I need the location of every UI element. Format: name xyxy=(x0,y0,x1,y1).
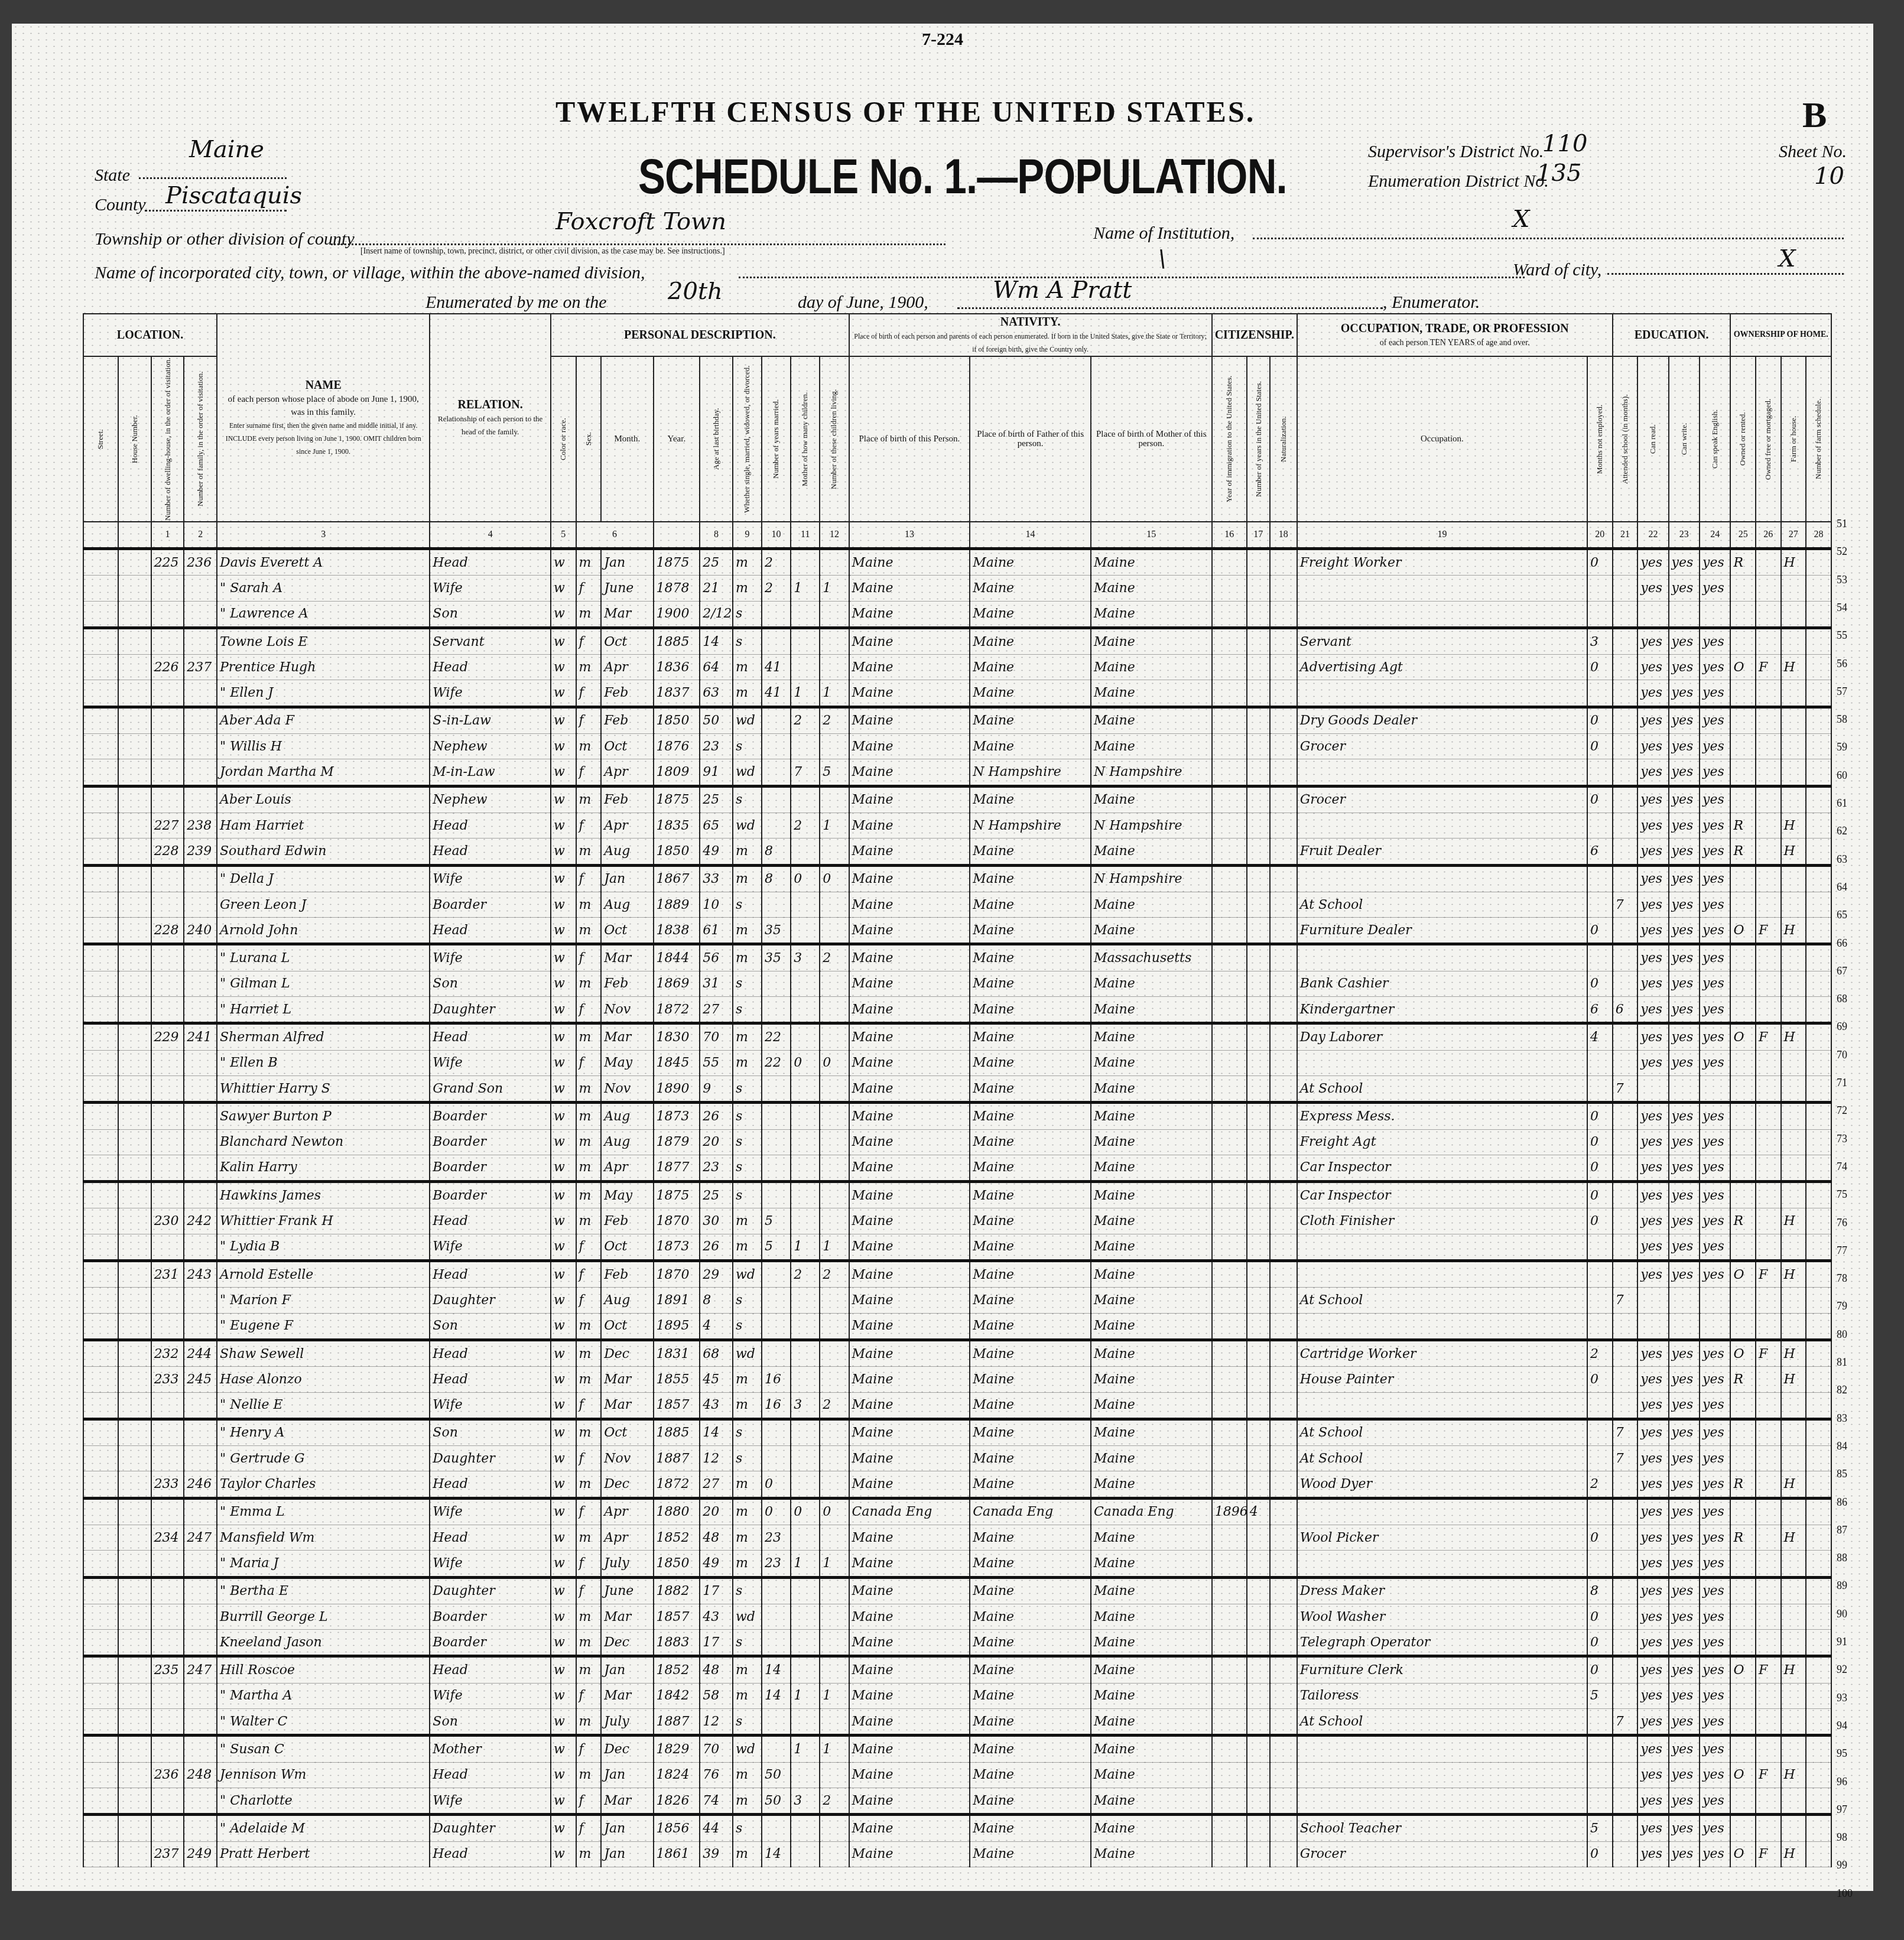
cell-ym: 23 xyxy=(762,1551,791,1577)
cell-fam xyxy=(184,1788,217,1814)
cell-own: O xyxy=(1730,1656,1756,1683)
cell-eng: yes xyxy=(1700,1419,1730,1445)
cell-read: yes xyxy=(1637,839,1668,865)
cell-bm: Maine xyxy=(1091,1683,1212,1708)
cell-farm: H xyxy=(1781,839,1806,865)
cell-rel: Head xyxy=(430,1208,551,1234)
cell-bp: Maine xyxy=(849,1103,970,1129)
cell-sex: f xyxy=(576,1498,602,1525)
cell-read: yes xyxy=(1637,1683,1668,1708)
line-number: 66 xyxy=(1837,937,1847,950)
cell-ym xyxy=(762,813,791,838)
cell-sex: m xyxy=(576,918,602,944)
cell-farm xyxy=(1781,601,1806,628)
cell-occ xyxy=(1297,944,1587,971)
cell-color: w xyxy=(551,1129,576,1155)
cell-rel: Head xyxy=(430,549,551,576)
cell-mar: s xyxy=(733,1313,762,1340)
cell-imm xyxy=(1212,1630,1247,1656)
cell-rel: Wife xyxy=(430,680,551,707)
cell-color: w xyxy=(551,892,576,917)
cell-sex: m xyxy=(576,1340,602,1366)
cell-month: Apr xyxy=(601,1498,653,1525)
cell-occ: Advertising Agt xyxy=(1297,655,1587,680)
cell-year: 1856 xyxy=(654,1815,700,1841)
cell-age: 50 xyxy=(700,707,733,733)
cell-write: yes xyxy=(1669,892,1700,917)
cell-empty xyxy=(118,707,151,733)
cell-yus xyxy=(1247,1103,1270,1129)
cell-sex: f xyxy=(576,1551,602,1577)
dwelling-col: Number of dwelling-house, in the order o… xyxy=(151,356,184,522)
cell-ym: 41 xyxy=(762,655,791,680)
children-living-col: Number of these children living. xyxy=(820,356,849,522)
cell-cl: 1 xyxy=(820,813,849,838)
cell-own: O xyxy=(1730,655,1756,680)
cell-rel: Boarder xyxy=(430,1630,551,1656)
cell-year: 1829 xyxy=(654,1736,700,1762)
cell-own: R xyxy=(1730,1525,1756,1550)
cell-fs xyxy=(1806,1498,1831,1525)
cell-nat xyxy=(1270,1683,1297,1708)
cell-imm xyxy=(1212,1551,1247,1577)
cell-cl: 2 xyxy=(820,707,849,733)
age-col: Age at last birthday. xyxy=(700,356,733,522)
cell-write: yes xyxy=(1669,1736,1700,1762)
cell-imm xyxy=(1212,601,1247,628)
cell-read: yes xyxy=(1637,1419,1668,1445)
cell-read: yes xyxy=(1637,944,1668,971)
table-row: 234247Mansfield WmHeadwmApr185248m23Main… xyxy=(83,1525,1831,1550)
cell-free xyxy=(1756,576,1781,601)
cell-farm xyxy=(1781,759,1806,786)
cell-own: R xyxy=(1730,813,1756,838)
cell-sch xyxy=(1613,1023,1638,1050)
cell-age: 43 xyxy=(700,1392,733,1419)
cell-empty xyxy=(118,865,151,892)
cell-sch xyxy=(1613,1182,1638,1208)
cell-empty xyxy=(118,628,151,654)
cell-year: 1850 xyxy=(654,839,700,865)
cell-sch xyxy=(1613,1392,1638,1419)
cell-year: 1882 xyxy=(654,1577,700,1604)
cell-eng: yes xyxy=(1700,1392,1730,1419)
cell-bp: Canada Eng xyxy=(849,1498,970,1525)
cell-mar: s xyxy=(733,1709,762,1736)
cell-read: yes xyxy=(1637,576,1668,601)
cell-bp: Maine xyxy=(849,601,970,628)
cell-empty xyxy=(83,1498,118,1525)
cell-occ: Car Inspector xyxy=(1297,1182,1587,1208)
cell-dw: 233 xyxy=(151,1367,184,1392)
cell-fs xyxy=(1806,1630,1831,1656)
cell-cl: 2 xyxy=(820,1788,849,1814)
cell-name: " Harriet L xyxy=(217,997,430,1023)
line-number: 63 xyxy=(1837,853,1847,866)
cell-dw xyxy=(151,1736,184,1762)
cell-dw xyxy=(151,1075,184,1102)
cell-mar: s xyxy=(733,1577,762,1604)
cell-cl xyxy=(820,1815,849,1841)
cell-year: 1890 xyxy=(654,1075,700,1102)
enumerator-line xyxy=(957,307,1383,309)
cell-color: w xyxy=(551,1762,576,1788)
cell-color: w xyxy=(551,786,576,813)
cell-bf: Maine xyxy=(970,1155,1091,1181)
cell-empty xyxy=(83,1577,118,1604)
cell-name: " Ellen J xyxy=(217,680,430,707)
cell-mu: 5 xyxy=(1587,1683,1613,1708)
cell-read: yes xyxy=(1637,918,1668,944)
cell-bf: Maine xyxy=(970,1023,1091,1050)
cell-occ xyxy=(1297,1050,1587,1075)
column-number: 28 xyxy=(1806,522,1831,549)
cell-mu: 0 xyxy=(1587,1656,1613,1683)
cell-imm xyxy=(1212,1709,1247,1736)
cell-ym: 14 xyxy=(762,1683,791,1708)
cell-bm: Maine xyxy=(1091,1815,1212,1841)
cell-month: Jan xyxy=(601,1841,653,1867)
cell-empty xyxy=(118,1815,151,1841)
cell-write xyxy=(1669,601,1700,628)
cell-fam: 244 xyxy=(184,1340,217,1366)
cell-write: yes xyxy=(1669,576,1700,601)
cell-farm xyxy=(1781,1050,1806,1075)
township-label: Township or other division of county xyxy=(95,229,355,249)
line-number: 79 xyxy=(1837,1300,1847,1312)
cell-bf: Maine xyxy=(970,1551,1091,1577)
cell-mar: m xyxy=(733,1841,762,1867)
cell-sex: m xyxy=(576,971,602,996)
color-col: Color or race. xyxy=(551,356,576,522)
cell-rel: M-in-Law xyxy=(430,759,551,786)
cell-sch xyxy=(1613,1129,1638,1155)
cell-month: Mar xyxy=(601,944,653,971)
cell-ym xyxy=(762,1075,791,1102)
cell-name: Towne Lois E xyxy=(217,628,430,654)
cell-mar: m xyxy=(733,1498,762,1525)
cell-sex: m xyxy=(576,601,602,628)
table-row: Blanchard NewtonBoarderwmAug187920sMaine… xyxy=(83,1129,1831,1155)
cell-eng: yes xyxy=(1700,1129,1730,1155)
cell-imm xyxy=(1212,971,1247,996)
cell-month: May xyxy=(601,1182,653,1208)
cell-fs xyxy=(1806,1288,1831,1313)
cell-occ: Fruit Dealer xyxy=(1297,839,1587,865)
cell-empty xyxy=(118,1577,151,1604)
table-row: " Maria JWifewfJuly185049m2311MaineMaine… xyxy=(83,1551,1831,1577)
cell-occ xyxy=(1297,576,1587,601)
form-number: 7-224 xyxy=(922,30,963,50)
cell-age: 25 xyxy=(700,549,733,576)
cell-year: 1895 xyxy=(654,1313,700,1340)
cell-bf: Maine xyxy=(970,1656,1091,1683)
cell-empty xyxy=(118,549,151,576)
cell-bp: Maine xyxy=(849,1392,970,1419)
cell-farm xyxy=(1781,1103,1806,1129)
cell-mar: m xyxy=(733,865,762,892)
occupation-col: Occupation. xyxy=(1297,356,1587,522)
cell-month: Apr xyxy=(601,1155,653,1181)
cell-bm: Maine xyxy=(1091,549,1212,576)
cell-rel: Head xyxy=(430,918,551,944)
column-number: 6 xyxy=(576,522,654,549)
cell-imm xyxy=(1212,813,1247,838)
cell-ym: 8 xyxy=(762,839,791,865)
cell-imm xyxy=(1212,1841,1247,1867)
line-number: 52 xyxy=(1837,545,1847,558)
census-table: LOCATION. NAMEof each person whose place… xyxy=(83,313,1832,1867)
cell-month: July xyxy=(601,1709,653,1736)
cell-year: 1891 xyxy=(654,1288,700,1313)
cell-year: 1883 xyxy=(654,1630,700,1656)
cell-fam: 245 xyxy=(184,1367,217,1392)
cell-dw: 233 xyxy=(151,1471,184,1498)
cell-empty xyxy=(83,1630,118,1656)
cell-month: May xyxy=(601,1050,653,1075)
cell-month: Mar xyxy=(601,1788,653,1814)
cell-occ: Furniture Clerk xyxy=(1297,1656,1587,1683)
cell-fs xyxy=(1806,1208,1831,1234)
cell-fam: 236 xyxy=(184,549,217,576)
cell-nat xyxy=(1270,1313,1297,1340)
cell-ym xyxy=(762,997,791,1023)
line-number: 82 xyxy=(1837,1384,1847,1396)
cell-mu xyxy=(1587,1736,1613,1762)
cell-mar: m xyxy=(733,549,762,576)
cell-ch xyxy=(791,1313,820,1340)
cell-fs xyxy=(1806,997,1831,1023)
cell-name: " Lawrence A xyxy=(217,601,430,628)
cell-name: Ham Harriet xyxy=(217,813,430,838)
family-col: Number of family, in the order of visita… xyxy=(184,356,217,522)
cell-dw xyxy=(151,1815,184,1841)
column-number xyxy=(118,522,151,549)
cell-own xyxy=(1730,944,1756,971)
cell-dw: 237 xyxy=(151,1841,184,1867)
cell-fam xyxy=(184,1577,217,1604)
cell-eng: yes xyxy=(1700,1261,1730,1288)
cell-month: Aug xyxy=(601,1129,653,1155)
cell-year: 1877 xyxy=(654,1155,700,1181)
cell-fam xyxy=(184,892,217,917)
cell-bm: Maine xyxy=(1091,601,1212,628)
cell-farm xyxy=(1781,1788,1806,1814)
cell-nat xyxy=(1270,628,1297,654)
cell-write: yes xyxy=(1669,1630,1700,1656)
cell-sex: f xyxy=(576,1788,602,1814)
cell-bm: Maine xyxy=(1091,1155,1212,1181)
cell-year: 1887 xyxy=(654,1446,700,1471)
cell-age: 14 xyxy=(700,628,733,654)
cell-bm: Maine xyxy=(1091,1367,1212,1392)
cell-nat xyxy=(1270,680,1297,707)
cell-name: " Willis H xyxy=(217,734,430,759)
cell-free xyxy=(1756,1736,1781,1762)
cell-sch xyxy=(1613,655,1638,680)
cell-write: yes xyxy=(1669,1367,1700,1392)
cell-occ xyxy=(1297,1551,1587,1577)
cell-fs xyxy=(1806,1841,1831,1867)
column-number: 2 xyxy=(184,522,217,549)
cell-dw xyxy=(151,628,184,654)
cell-imm xyxy=(1212,680,1247,707)
cell-bf: Maine xyxy=(970,1234,1091,1260)
cell-empty xyxy=(118,1498,151,1525)
cell-write: yes xyxy=(1669,1788,1700,1814)
cell-bm: Maine xyxy=(1091,1313,1212,1340)
cell-yus xyxy=(1247,1288,1270,1313)
cell-bp: Maine xyxy=(849,892,970,917)
cell-write: yes xyxy=(1669,1103,1700,1129)
cell-bp: Maine xyxy=(849,944,970,971)
cell-bf: Maine xyxy=(970,971,1091,996)
cell-age: 2/12 xyxy=(700,601,733,628)
cell-free xyxy=(1756,997,1781,1023)
cell-bf: Maine xyxy=(970,918,1091,944)
cell-bp: Maine xyxy=(849,786,970,813)
cell-write: yes xyxy=(1669,1815,1700,1841)
cell-fs xyxy=(1806,1419,1831,1445)
cell-empty xyxy=(118,1683,151,1708)
cell-name: " Emma L xyxy=(217,1498,430,1525)
line-number: 97 xyxy=(1837,1803,1847,1816)
cell-empty xyxy=(83,655,118,680)
cell-name: " Charlotte xyxy=(217,1788,430,1814)
cell-free xyxy=(1756,1630,1781,1656)
cell-fs xyxy=(1806,971,1831,996)
cell-occ xyxy=(1297,1498,1587,1525)
cell-rel: Mother xyxy=(430,1736,551,1762)
cell-sex: m xyxy=(576,1656,602,1683)
line-number: 56 xyxy=(1837,658,1847,670)
cell-mar: m xyxy=(733,1208,762,1234)
cell-farm xyxy=(1781,1551,1806,1577)
cell-age: 23 xyxy=(700,1155,733,1181)
cell-age: 68 xyxy=(700,1340,733,1366)
cell-month: Mar xyxy=(601,1683,653,1708)
cell-fam xyxy=(184,1050,217,1075)
cell-sch xyxy=(1613,786,1638,813)
cell-dw xyxy=(151,1551,184,1577)
cell-write: yes xyxy=(1669,707,1700,733)
cell-read: yes xyxy=(1637,1023,1668,1050)
state-label: State xyxy=(95,165,130,186)
cell-fam xyxy=(184,1313,217,1340)
cell-age: 55 xyxy=(700,1050,733,1075)
cell-mar: s xyxy=(733,1288,762,1313)
cell-eng: yes xyxy=(1700,1815,1730,1841)
cell-cl xyxy=(820,1075,849,1102)
cell-occ xyxy=(1297,1736,1587,1762)
cell-ch: 3 xyxy=(791,944,820,971)
cell-farm xyxy=(1781,786,1806,813)
cell-ch xyxy=(791,601,820,628)
cell-sch xyxy=(1613,839,1638,865)
cell-name: Pratt Herbert xyxy=(217,1841,430,1867)
cell-mu: 3 xyxy=(1587,628,1613,654)
cell-fs xyxy=(1806,1736,1831,1762)
cell-sex: f xyxy=(576,1736,602,1762)
cell-free xyxy=(1756,601,1781,628)
cell-fam xyxy=(184,1182,217,1208)
cell-eng xyxy=(1700,1313,1730,1340)
cell-color: w xyxy=(551,1551,576,1577)
cell-fam: 241 xyxy=(184,1023,217,1050)
cell-ym xyxy=(762,707,791,733)
cell-name: Green Leon J xyxy=(217,892,430,917)
cell-dw xyxy=(151,971,184,996)
cell-bf: Maine xyxy=(970,1313,1091,1340)
cell-empty xyxy=(83,1815,118,1841)
cell-empty xyxy=(118,1208,151,1234)
cell-cl xyxy=(820,1471,849,1498)
cell-occ xyxy=(1297,1313,1587,1340)
cell-sch xyxy=(1613,1313,1638,1340)
cell-eng: yes xyxy=(1700,892,1730,917)
line-number: 84 xyxy=(1837,1440,1847,1452)
cell-write: yes xyxy=(1669,1340,1700,1366)
cell-ym xyxy=(762,1446,791,1471)
line-number: 59 xyxy=(1837,741,1847,753)
cell-dw: 231 xyxy=(151,1261,184,1288)
cell-free: F xyxy=(1756,918,1781,944)
township-note: [Insert name of township, town, precinct… xyxy=(360,247,725,256)
cell-nat xyxy=(1270,786,1297,813)
cell-rel: Head xyxy=(430,1656,551,1683)
cell-mar: s xyxy=(733,971,762,996)
cell-month: June xyxy=(601,1577,653,1604)
cell-fam xyxy=(184,707,217,733)
cell-empty xyxy=(83,997,118,1023)
cell-bp: Maine xyxy=(849,1841,970,1867)
cell-month: Jan xyxy=(601,1762,653,1788)
cell-cl xyxy=(820,1577,849,1604)
cell-free xyxy=(1756,1075,1781,1102)
cell-own: O xyxy=(1730,1841,1756,1867)
cell-bp: Maine xyxy=(849,1630,970,1656)
cell-mar: s xyxy=(733,892,762,917)
cell-empty xyxy=(83,1604,118,1629)
column-number xyxy=(83,522,118,549)
table-row: " Gilman LSonwmFeb186931sMaineMaineMaine… xyxy=(83,971,1831,996)
cell-bp: Maine xyxy=(849,1446,970,1471)
cell-bm: Maine xyxy=(1091,892,1212,917)
cell-bm: Maine xyxy=(1091,1129,1212,1155)
cell-cl: 0 xyxy=(820,1498,849,1525)
cell-dw xyxy=(151,1155,184,1181)
cell-farm: H xyxy=(1781,1841,1806,1867)
cell-mar: s xyxy=(733,628,762,654)
cell-cl xyxy=(820,1525,849,1550)
cell-free xyxy=(1756,1577,1781,1604)
cell-empty xyxy=(118,1471,151,1498)
cell-age: 48 xyxy=(700,1525,733,1550)
cell-mu: 0 xyxy=(1587,1129,1613,1155)
cell-dw xyxy=(151,1788,184,1814)
cell-ch xyxy=(791,1604,820,1629)
cell-mar: wd xyxy=(733,1340,762,1366)
cell-name: Kneeland Jason xyxy=(217,1630,430,1656)
cell-cl xyxy=(820,549,849,576)
cell-write: yes xyxy=(1669,1182,1700,1208)
cell-ym: 2 xyxy=(762,576,791,601)
cell-rel: Wife xyxy=(430,1392,551,1419)
supervisor-value: 110 xyxy=(1542,130,1587,157)
cell-month: Dec xyxy=(601,1471,653,1498)
cell-age: 64 xyxy=(700,655,733,680)
cell-name: Whittier Frank H xyxy=(217,1208,430,1234)
